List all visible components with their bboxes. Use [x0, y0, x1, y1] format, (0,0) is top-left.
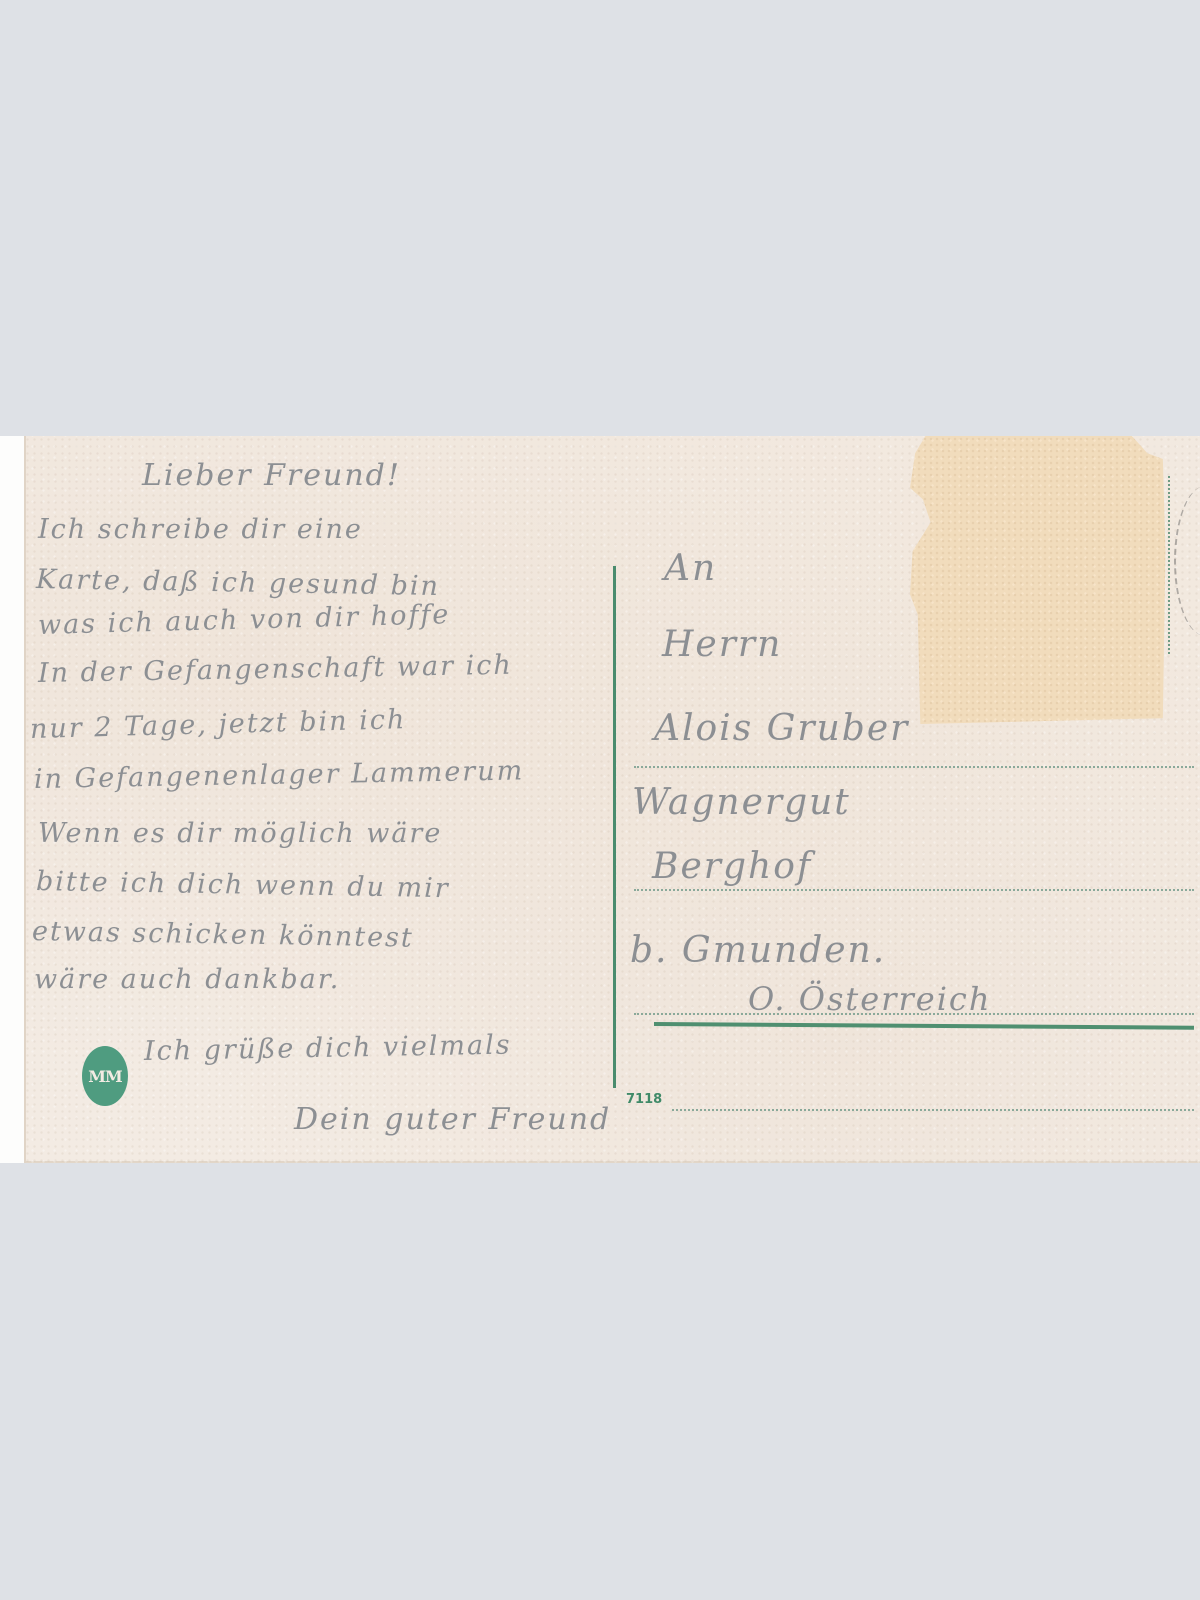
message-line: bitte ich dich wenn du mir: [36, 866, 450, 904]
stamp-box-border: [1168, 476, 1170, 654]
publisher-monogram-logo: MM: [82, 1046, 128, 1106]
message-line: was ich auch von dir hoffe: [38, 599, 451, 641]
torn-stamp-remnant: [910, 436, 1168, 724]
message-signature: Dein guter Freund: [294, 1102, 611, 1137]
address-line-2: [634, 889, 1194, 891]
message-line: Ich schreibe dir eine: [38, 514, 363, 545]
card-number: 7118: [626, 1092, 662, 1107]
message-line: etwas schicken könntest: [32, 916, 414, 954]
postcard-back: Lieber Freund! Ich schreibe dir eine Kar…: [24, 436, 1200, 1163]
postcard-scan: Lieber Freund! Ich schreibe dir eine Kar…: [0, 436, 1200, 1163]
address-locality: Berghof: [652, 846, 812, 887]
postmark-cancellation: [1174, 486, 1200, 636]
message-line: in Gefangenenlager Lammerum: [34, 755, 525, 795]
address-line-4: [672, 1109, 1194, 1111]
address-country: O. Österreich: [748, 980, 991, 1018]
message-line: In der Gefangenschaft war ich: [38, 650, 513, 689]
message-address-divider: [613, 566, 616, 1088]
address-street: Wagnergut: [632, 782, 851, 823]
address-prefix: An: [664, 548, 717, 589]
address-title: Herrn: [662, 624, 782, 665]
image-viewer: Lieber Freund! Ich schreibe dir eine Kar…: [0, 0, 1200, 1600]
message-line: Karte, daß ich gesund bin: [36, 564, 440, 602]
message-line: Wenn es dir möglich wäre: [38, 818, 442, 849]
message-line: Ich grüße dich vielmals: [144, 1030, 512, 1067]
address-name: Alois Gruber: [654, 708, 909, 749]
address-line-1: [634, 766, 1194, 768]
address-underline: [654, 1022, 1194, 1030]
message-line: wäre auch dankbar.: [34, 964, 340, 995]
message-salutation: Lieber Freund!: [142, 458, 401, 493]
message-line: nur 2 Tage, jetzt bin ich: [30, 704, 407, 745]
address-town: b. Gmunden.: [630, 930, 886, 971]
